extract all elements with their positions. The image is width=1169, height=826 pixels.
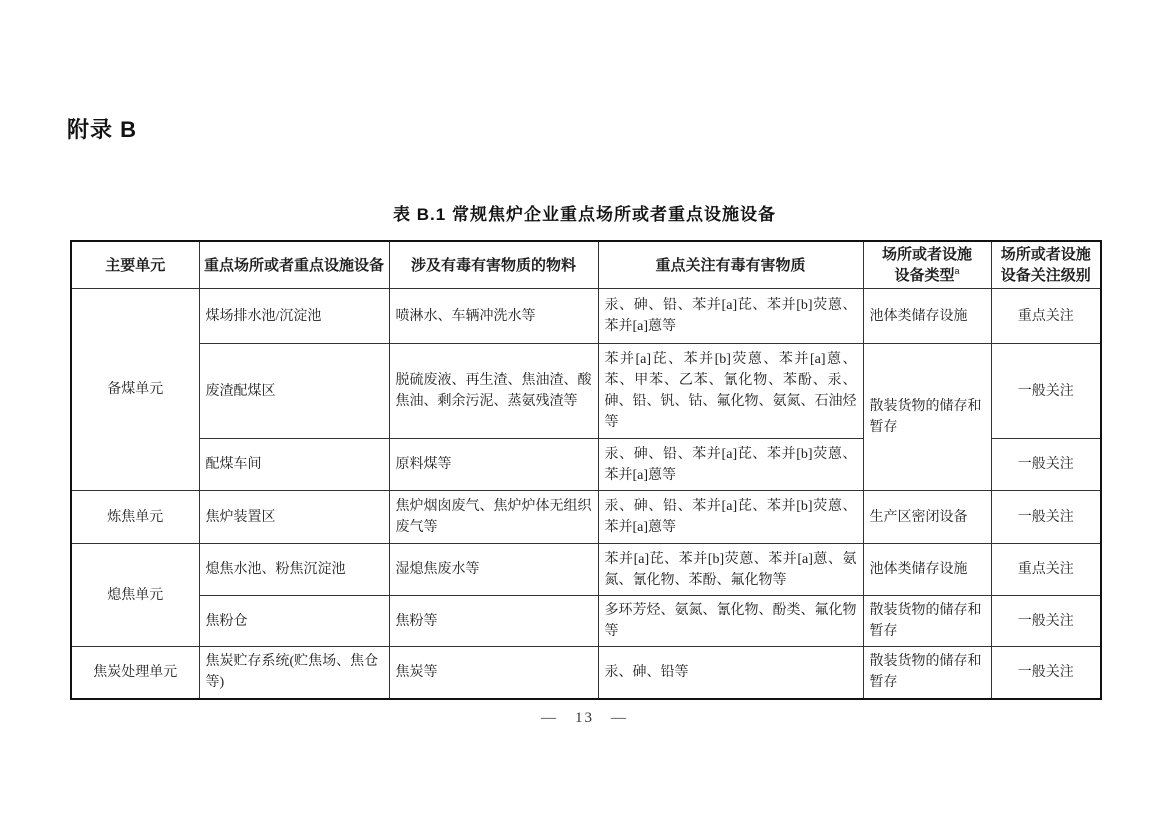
table-cell-level: 一般关注 — [991, 491, 1101, 544]
table-row: 废渣配煤区 脱硫废液、再生渣、焦油渣、酸焦油、剩余污泥、蒸氨残渣等 苯并[a]芘… — [71, 344, 1101, 439]
table-cell-material: 焦炭等 — [389, 647, 598, 699]
table-cell-material: 脱硫废液、再生渣、焦油渣、酸焦油、剩余污泥、蒸氨残渣等 — [389, 344, 598, 439]
table-cell-type: 池体类储存设施 — [863, 544, 991, 596]
key-facilities-table: 主要单元 重点场所或者重点设施设备 涉及有毒有害物质的物料 重点关注有毒有害物质… — [70, 240, 1102, 700]
table-header-cell-type: 场所或者设施设备类型a — [863, 241, 991, 289]
table-cell-substance: 汞、砷、铅、苯并[a]芘、苯并[b]荧蒽、苯并[a]蒽等 — [598, 289, 863, 344]
table-header-cell-unit: 主要单元 — [71, 241, 199, 289]
table-cell-level: 重点关注 — [991, 544, 1101, 596]
table-header-cell-substance: 重点关注有毒有害物质 — [598, 241, 863, 289]
table-cell-level: 一般关注 — [991, 344, 1101, 439]
header-level-line1: 场所或者设施 — [1001, 246, 1091, 263]
table-cell-type: 池体类储存设施 — [863, 289, 991, 344]
table-header-cell-site: 重点场所或者重点设施设备 — [199, 241, 389, 289]
table-cell-type: 散装货物的储存和暂存 — [863, 596, 991, 647]
page-number: — 13 — — [0, 706, 1169, 727]
table-cell-material: 焦炉烟囱废气、焦炉炉体无组织废气等 — [389, 491, 598, 544]
document-page: 附录 B 表 B.1 常规焦炉企业重点场所或者重点设施设备 主要单元 重点场所或… — [0, 0, 1169, 826]
table-cell-level: 一般关注 — [991, 439, 1101, 491]
table-cell-site: 熄焦水池、粉焦沉淀池 — [199, 544, 389, 596]
table-title: 表 B.1 常规焦炉企业重点场所或者重点设施设备 — [0, 200, 1169, 225]
table-cell-material: 喷淋水、车辆冲洗水等 — [389, 289, 598, 344]
table-cell-type: 散装货物的储存和暂存 — [863, 344, 991, 491]
table-row: 备煤单元 煤场排水池/沉淀池 喷淋水、车辆冲洗水等 汞、砷、铅、苯并[a]芘、苯… — [71, 289, 1101, 344]
table-cell-site: 废渣配煤区 — [199, 344, 389, 439]
table-header-cell-material: 涉及有毒有害物质的物料 — [389, 241, 598, 289]
table-cell-substance: 多环芳烃、氨氮、氰化物、酚类、氟化物等 — [598, 596, 863, 647]
table-cell-material: 原料煤等 — [389, 439, 598, 491]
table-cell-level: 一般关注 — [991, 596, 1101, 647]
table-cell-site: 配煤车间 — [199, 439, 389, 491]
table-cell-type: 散装货物的储存和暂存 — [863, 647, 991, 699]
appendix-heading: 附录 B — [67, 113, 137, 144]
table-cell-substance: 汞、砷、铅、苯并[a]芘、苯并[b]荧蒽、苯并[a]蒽等 — [598, 491, 863, 544]
header-level-line2: 设备关注级别 — [1001, 267, 1091, 284]
table-cell-level: 重点关注 — [991, 289, 1101, 344]
table-cell-type: 生产区密闭设备 — [863, 491, 991, 544]
header-type-line1: 场所或者设施 — [882, 246, 972, 263]
table-cell-site: 焦炉装置区 — [199, 491, 389, 544]
table-row: 炼焦单元 焦炉装置区 焦炉烟囱废气、焦炉炉体无组织废气等 汞、砷、铅、苯并[a]… — [71, 491, 1101, 544]
table-cell-substance: 汞、砷、铅等 — [598, 647, 863, 699]
table-cell-material: 湿熄焦废水等 — [389, 544, 598, 596]
table-header-cell-level: 场所或者设施设备关注级别 — [991, 241, 1101, 289]
table-row: 焦炭处理单元 焦炭贮存系统(贮焦场、焦仓等) 焦炭等 汞、砷、铅等 散装货物的储… — [71, 647, 1101, 699]
table-cell-substance: 汞、砷、铅、苯并[a]芘、苯并[b]荧蒽、苯并[a]蒽等 — [598, 439, 863, 491]
table-cell-site: 焦粉仓 — [199, 596, 389, 647]
table-cell-substance: 苯并[a]芘、苯并[b]荧蒽、苯并[a]蒽、苯、甲苯、乙苯、氰化物、苯酚、汞、砷… — [598, 344, 863, 439]
table-cell-unit: 熄焦单元 — [71, 544, 199, 647]
table-cell-material: 焦粉等 — [389, 596, 598, 647]
table-cell-unit: 炼焦单元 — [71, 491, 199, 544]
table-note-mark: a — [955, 266, 960, 276]
table-row: 焦粉仓 焦粉等 多环芳烃、氨氮、氰化物、酚类、氟化物等 散装货物的储存和暂存 一… — [71, 596, 1101, 647]
table-header-row: 主要单元 重点场所或者重点设施设备 涉及有毒有害物质的物料 重点关注有毒有害物质… — [71, 241, 1101, 289]
header-type-line2: 设备类型 — [894, 267, 954, 284]
table-cell-site: 煤场排水池/沉淀池 — [199, 289, 389, 344]
table-cell-level: 一般关注 — [991, 647, 1101, 699]
table-cell-site: 焦炭贮存系统(贮焦场、焦仓等) — [199, 647, 389, 699]
table-row: 熄焦单元 熄焦水池、粉焦沉淀池 湿熄焦废水等 苯并[a]芘、苯并[b]荧蒽、苯并… — [71, 544, 1101, 596]
table-cell-substance: 苯并[a]芘、苯并[b]荧蒽、苯并[a]蒽、氨氮、氰化物、苯酚、氟化物等 — [598, 544, 863, 596]
table-cell-unit: 备煤单元 — [71, 289, 199, 491]
table-cell-unit: 焦炭处理单元 — [71, 647, 199, 699]
